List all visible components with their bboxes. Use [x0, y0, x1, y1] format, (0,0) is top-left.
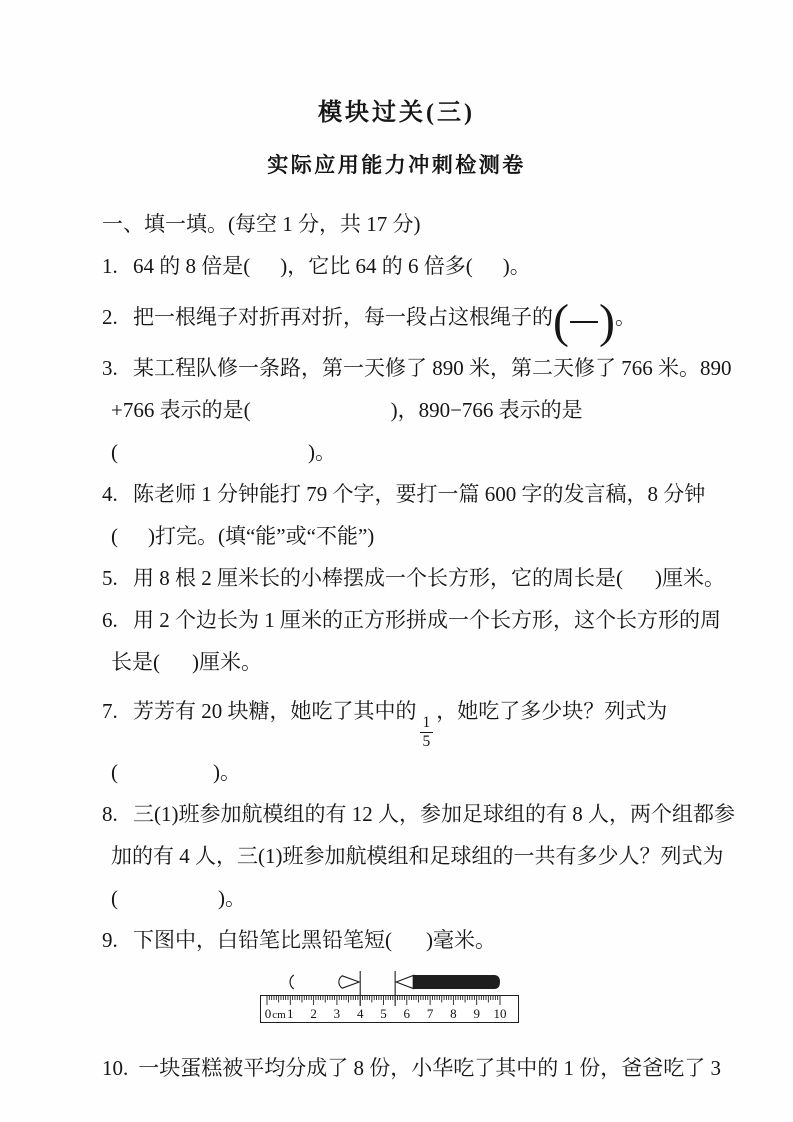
question-7-line-2: ()。: [102, 751, 709, 793]
question-text: 64 的 8 倍是(: [133, 254, 250, 278]
worksheet-body: 一、填一填。(每空 1 分，共 17 分) 1.64 的 8 倍是()，它比 6…: [102, 203, 709, 1089]
answer-blank: [118, 777, 213, 779]
question-number: 10.: [102, 1047, 128, 1089]
question-number: 2.: [102, 287, 123, 347]
question-3: 3.某工程队修一条路，第一天修了 890 米，第二天修了 766 米。890 +…: [102, 347, 709, 473]
question-text: 用 2 个边长为 1 厘米的正方形拼成一个长方形，这个长方形的周: [133, 608, 721, 632]
ruler-pencils-illustration: 0cm12345678910: [260, 969, 522, 1031]
question-text: 把一根绳子对折再对折，每一段占这根绳子的: [133, 305, 553, 329]
question-text: (: [111, 440, 118, 464]
question-text: )。: [308, 440, 336, 464]
question-text: )厘米。: [655, 566, 725, 590]
ruler-figure: 0cm12345678910: [260, 969, 522, 1037]
question-4: 4.陈老师 1 分钟能打 79 个字，要打一篇 600 字的发言稿，8 分钟 (…: [102, 473, 709, 557]
question-text: 。: [615, 305, 636, 329]
question-number: 1.: [102, 245, 123, 287]
question-1: 1.64 的 8 倍是()，它比 64 的 6 倍多()。: [102, 245, 709, 287]
question-5: 5.用 8 根 2 厘米长的小棒摆成一个长方形，它的周长是()厘米。: [102, 557, 709, 599]
question-9: 9.下图中，白铅笔比黑铅笔短()毫米。 0cm12345678910: [102, 919, 709, 1037]
question-4-line-2: ()打完。(填“能”或“不能”): [102, 515, 709, 557]
page-subtitle: 实际应用能力冲刺检测卷: [0, 149, 793, 179]
question-text: 陈老师 1 分钟能打 79 个字，要打一篇 600 字的发言稿，8 分钟: [133, 482, 705, 506]
ruler-label: 7: [427, 1006, 434, 1021]
question-2-line-1: 2.把一根绳子对折再对折，每一段占这根绳子的()。: [102, 287, 709, 347]
question-text: )毫米。: [426, 928, 496, 952]
question-7: 7.芳芳有 20 块糖，她吃了其中的15，她吃了多少块？列式为 ()。: [102, 683, 709, 793]
answer-blank: [160, 667, 192, 669]
answer-blank: [251, 415, 391, 417]
question-1-line-1: 1.64 的 8 倍是()，它比 64 的 6 倍多()。: [102, 245, 709, 287]
question-number: 7.: [102, 683, 123, 739]
question-text: 加的有 4 人，三(1)班参加航模组和足球组的一共有多少人？列式为: [111, 844, 723, 868]
question-text: )厘米。: [192, 650, 262, 674]
question-number: 5.: [102, 557, 123, 599]
answer-blank: [392, 945, 426, 947]
question-8: 8.三(1)班参加航模组的有 12 人，参加足球组的有 8 人，两个组都参 加的…: [102, 793, 709, 919]
question-number: 8.: [102, 793, 123, 835]
question-text: ，她吃了多少块？列式为: [436, 699, 667, 723]
ruler-label: 2: [310, 1006, 317, 1021]
answer-blank: [118, 903, 218, 905]
question-6: 6.用 2 个边长为 1 厘米的正方形拼成一个长方形，这个长方形的周 长是()厘…: [102, 599, 709, 683]
answer-blank: [118, 457, 308, 459]
question-number: 4.: [102, 473, 123, 515]
question-text: 用 8 根 2 厘米长的小棒摆成一个长方形，它的周长是(: [133, 566, 623, 590]
ruler-label: 6: [404, 1006, 411, 1021]
question-6-line-1: 6.用 2 个边长为 1 厘米的正方形拼成一个长方形，这个长方形的周: [102, 599, 709, 641]
black-pencil-tip: [396, 975, 414, 988]
ruler-label: 4: [357, 1006, 364, 1021]
question-text: (: [111, 886, 118, 910]
white-pencil-end: [290, 975, 294, 989]
question-text: )。: [213, 760, 241, 784]
question-text: (: [111, 524, 118, 548]
question-10-line-1: 10.一块蛋糕被平均分成了 8 份，小华吃了其中的 1 份，爸爸吃了 3: [102, 1047, 709, 1089]
answer-blank: [250, 271, 280, 273]
question-text: )打完。(填“能”或“不能”): [148, 524, 374, 548]
question-text: 某工程队修一条路，第一天修了 890 米，第二天修了 766 米。890: [133, 356, 732, 380]
question-3-line-1: 3.某工程队修一条路，第一天修了 890 米，第二天修了 766 米。890: [102, 347, 709, 389]
question-text: )，它比 64 的 6 倍多(: [280, 254, 473, 278]
question-text: 芳芳有 20 块糖，她吃了其中的: [133, 699, 417, 723]
question-number: 3.: [102, 347, 123, 389]
question-4-line-1: 4.陈老师 1 分钟能打 79 个字，要打一篇 600 字的发言稿，8 分钟: [102, 473, 709, 515]
answer-blank: [623, 583, 655, 585]
ruler-label: 5: [380, 1006, 387, 1021]
fraction-bar: [570, 321, 598, 323]
answer-blank: [118, 541, 148, 543]
ruler-label: 1: [287, 1006, 294, 1021]
question-8-line-3: ()。: [102, 877, 709, 919]
question-6-line-2: 长是()厘米。: [102, 641, 709, 683]
question-number: 6.: [102, 599, 123, 641]
ruler-label: cm: [272, 1009, 286, 1021]
fraction-numerator: 1: [420, 714, 434, 733]
question-3-line-2: +766 表示的是()，890−766 表示的是: [102, 389, 709, 431]
ruler-label: 3: [334, 1006, 341, 1021]
section-heading: 一、填一填。(每空 1 分，共 17 分): [102, 203, 709, 245]
question-text: )。: [218, 886, 246, 910]
worksheet-page: 模块过关(三) 实际应用能力冲刺检测卷 一、填一填。(每空 1 分，共 17 分…: [0, 0, 793, 1122]
question-text: +766 表示的是(: [111, 398, 251, 422]
question-8-line-1: 8.三(1)班参加航模组的有 12 人，参加足球组的有 8 人，两个组都参: [102, 793, 709, 835]
fraction-denominator: 5: [423, 733, 431, 751]
white-pencil-tip: [339, 975, 359, 987]
ruler-label: 8: [450, 1006, 457, 1021]
question-text: 一块蛋糕被平均分成了 8 份，小华吃了其中的 1 份，爸爸吃了 3: [138, 1056, 721, 1080]
question-text: (: [111, 760, 118, 784]
right-paren: ): [599, 302, 615, 343]
question-text: 长是(: [111, 650, 160, 674]
question-7-line-1: 7.芳芳有 20 块糖，她吃了其中的15，她吃了多少块？列式为: [102, 683, 709, 751]
question-text: 三(1)班参加航模组的有 12 人，参加足球组的有 8 人，两个组都参: [133, 802, 735, 826]
question-number: 9.: [102, 919, 123, 961]
question-5-line-1: 5.用 8 根 2 厘米长的小棒摆成一个长方形，它的周长是()厘米。: [102, 557, 709, 599]
fraction-one-fifth: 15: [420, 714, 434, 751]
page-title: 模块过关(三): [0, 92, 793, 127]
left-paren: (: [553, 302, 569, 343]
black-pencil-body: [413, 975, 500, 989]
ruler-label: 10: [494, 1006, 507, 1021]
question-text: 下图中，白铅笔比黑铅笔短(: [133, 928, 392, 952]
question-2: 2.把一根绳子对折再对折，每一段占这根绳子的()。: [102, 287, 709, 347]
question-3-line-3: ()。: [102, 431, 709, 473]
question-text: )。: [503, 254, 531, 278]
answer-blank: [473, 271, 503, 273]
ruler-label: 9: [473, 1006, 480, 1021]
question-text: )，890−766 表示的是: [391, 398, 583, 422]
ruler-label: 0: [265, 1006, 272, 1021]
fraction-blank: (): [553, 302, 615, 343]
question-8-line-2: 加的有 4 人，三(1)班参加航模组和足球组的一共有多少人？列式为: [102, 835, 709, 877]
question-9-line-1: 9.下图中，白铅笔比黑铅笔短()毫米。: [102, 919, 709, 961]
question-10: 10.一块蛋糕被平均分成了 8 份，小华吃了其中的 1 份，爸爸吃了 3: [102, 1047, 709, 1089]
